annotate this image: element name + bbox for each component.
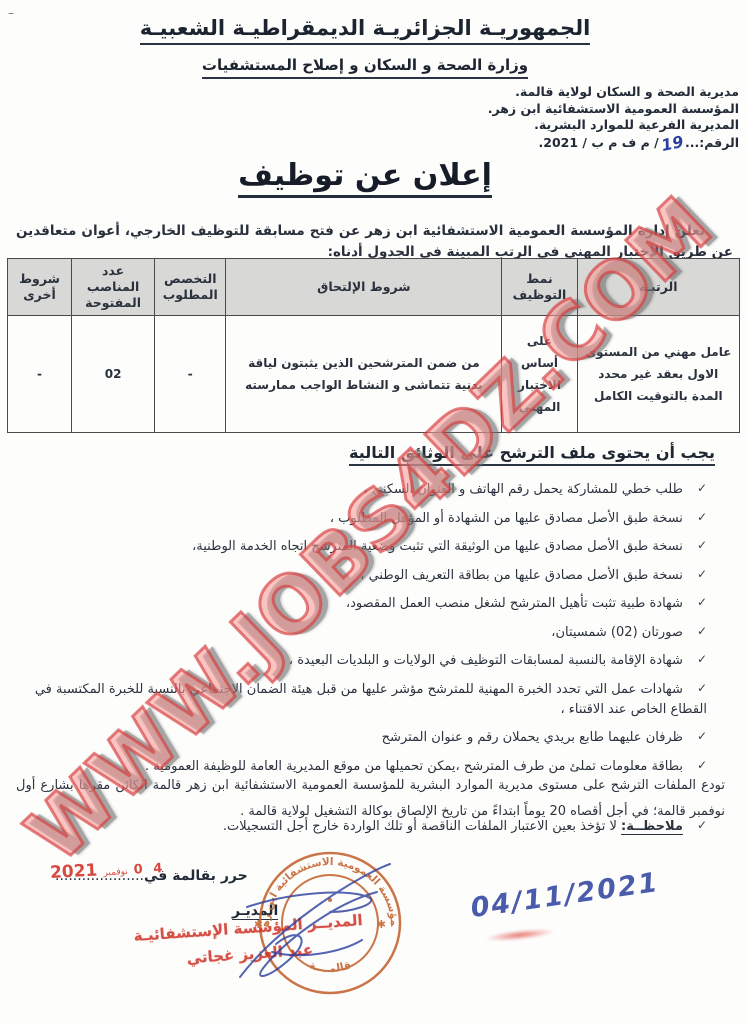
check-icon: ✓ — [697, 755, 707, 775]
handwritten-ref-number: 19 — [660, 133, 685, 154]
list-item-text: نسخة طبق الأصل مصادق عليها من الشهادة أو… — [330, 511, 683, 526]
list-item: ✓صورتان (02) شمسيتان، — [18, 622, 707, 643]
check-icon: ✓ — [697, 815, 707, 835]
handwritten-date: 04/11/2021 — [454, 865, 676, 926]
cell-joining-conditions: من ضمن المترشحين الذين يثبتون لياقة بدني… — [226, 316, 502, 433]
list-item-text: صورتان (02) شمسيتان، — [551, 625, 683, 640]
cell-employment-mode: على أساس الاختبار المهني — [502, 316, 577, 433]
check-icon: ✓ — [697, 592, 707, 612]
organization-block: مديرية الصحة و السكان لولاية قالمة. المؤ… — [439, 84, 739, 151]
note-line: ✓ملاحظــة: لا تؤخذ بعين الاعتبار الملفات… — [18, 816, 707, 837]
scan-corner-mark: – — [8, 6, 14, 20]
red-ink-smudge — [485, 926, 556, 943]
header-employment-mode: نمط التوظيف — [502, 259, 577, 316]
list-item: ✓طلب خطي للمشاركة يحمل رقم الهاتف و العن… — [18, 479, 707, 500]
header-joining-conditions: شروط الإلتحاق — [226, 259, 502, 316]
signature-scribble — [212, 852, 412, 997]
check-icon: ✓ — [697, 478, 707, 498]
ref-prefix: الرقم:... — [685, 135, 739, 150]
documents-list: ✓طلب خطي للمشاركة يحمل رقم الهاتف و العن… — [18, 479, 707, 784]
intro-paragraph: تعلن إدارة المؤسسة العمومية الاستشفائية … — [16, 221, 733, 263]
ministry-title: وزارة الصحة و السكان و إصلاح المستشفيات — [130, 56, 600, 74]
cell-open-positions: 02 — [71, 316, 154, 433]
document-page: – الجمهوريـة الجزائريـة الديمقراطيـة الش… — [0, 0, 747, 1024]
ref-suffix: / م ف م ب / 2021. — [539, 135, 659, 150]
recruitment-table: الرتبـة نمط التوظيف شروط الإلتحاق التخصص… — [7, 258, 740, 433]
check-icon: ✓ — [697, 564, 707, 584]
cell-required-specialty: - — [155, 316, 226, 433]
header-other-conditions: شروط أخرى — [8, 259, 72, 316]
republic-title: الجمهوريـة الجزائريـة الديمقراطيـة الشعب… — [130, 16, 600, 40]
check-icon: ✓ — [697, 535, 707, 555]
documents-section-title: يجب أن يحتوى ملف الترشح على الوثائق التا… — [349, 443, 715, 466]
cell-rank: عامل مهني من المستوى الاول بعقد غير محدد… — [577, 316, 739, 433]
list-item: ✓نسخة طبق الأصل مصادق عليها من الشهادة أ… — [18, 508, 707, 529]
list-item-text: ظرفان عليهما طابع بريدي يحملان رقم و عنو… — [382, 730, 683, 745]
page-title: إعلان عن توظيف — [130, 158, 600, 193]
stamp-month: نوفمبر — [103, 867, 128, 878]
table-row: عامل مهني من المستوى الاول بعقد غير محدد… — [8, 316, 740, 433]
check-icon: ✓ — [697, 678, 707, 698]
list-item: ✓نسخة طبق الأصل مصادق عليها من بطاقة الت… — [18, 565, 707, 586]
org-line: المديرية الفرعية للموارد البشرية. — [439, 117, 739, 134]
org-line: مديرية الصحة و السكان لولاية قالمة. — [439, 84, 739, 101]
stamp-day: 0 4 — [133, 861, 165, 878]
list-item: ✓شهادات عمل التي تحدد الخبرة المهنية للم… — [18, 679, 707, 720]
list-item-text: نسخة طبق الأصل مصادق عليها من الوثيقة ال… — [192, 539, 683, 554]
list-item-text: شهادات عمل التي تحدد الخبرة المهنية للمت… — [35, 682, 707, 717]
header-rank: الرتبـة — [577, 259, 739, 316]
list-item-text: نسخة طبق الأصل مصادق عليها من بطاقة التع… — [360, 568, 683, 583]
check-icon: ✓ — [697, 649, 707, 669]
table-header-row: الرتبـة نمط التوظيف شروط الإلتحاق التخصص… — [8, 259, 740, 316]
list-item-text: شهادة طبية تثبت تأهيل المترشح لشغل منصب … — [346, 596, 683, 611]
list-item: ✓شهادة الإقامة بالنسبة لمسابقات التوظيف … — [18, 650, 707, 671]
cell-other-conditions: - — [8, 316, 72, 433]
list-item-text: شهادة الإقامة بالنسبة لمسابقات التوظيف ف… — [289, 653, 683, 668]
check-icon: ✓ — [697, 507, 707, 527]
header-open-positions: عدد المناصب المفتوحة — [71, 259, 154, 316]
list-item: ✓شهادة طبية تثبت تأهيل المترشح لشغل منصب… — [18, 593, 707, 614]
list-item-text: طلب خطي للمشاركة يحمل رقم الهاتف و العنو… — [364, 482, 683, 497]
list-item: ✓ظرفان عليهما طابع بريدي يحملان رقم و عن… — [18, 727, 707, 748]
check-icon: ✓ — [697, 621, 707, 641]
header-required-specialty: التخصص المطلوب — [155, 259, 226, 316]
reference-number-line: الرقم:...19/ م ف م ب / 2021. — [439, 134, 739, 152]
note-label: ملاحظــة: — [621, 819, 683, 835]
org-line: المؤسسة العمومية الاستشفائية ابن زهر. — [439, 101, 739, 118]
list-item-text: بطاقة معلومات تملئ من طرف المترشح ،يمكن … — [145, 759, 683, 774]
note-text: لا تؤخذ بعين الاعتبار الملفات الناقصة أو… — [223, 819, 621, 834]
stamp-year: 2021 — [50, 861, 98, 883]
check-icon: ✓ — [697, 726, 707, 746]
list-item: ✓نسخة طبق الأصل مصادق عليها من الوثيقة ا… — [18, 536, 707, 557]
